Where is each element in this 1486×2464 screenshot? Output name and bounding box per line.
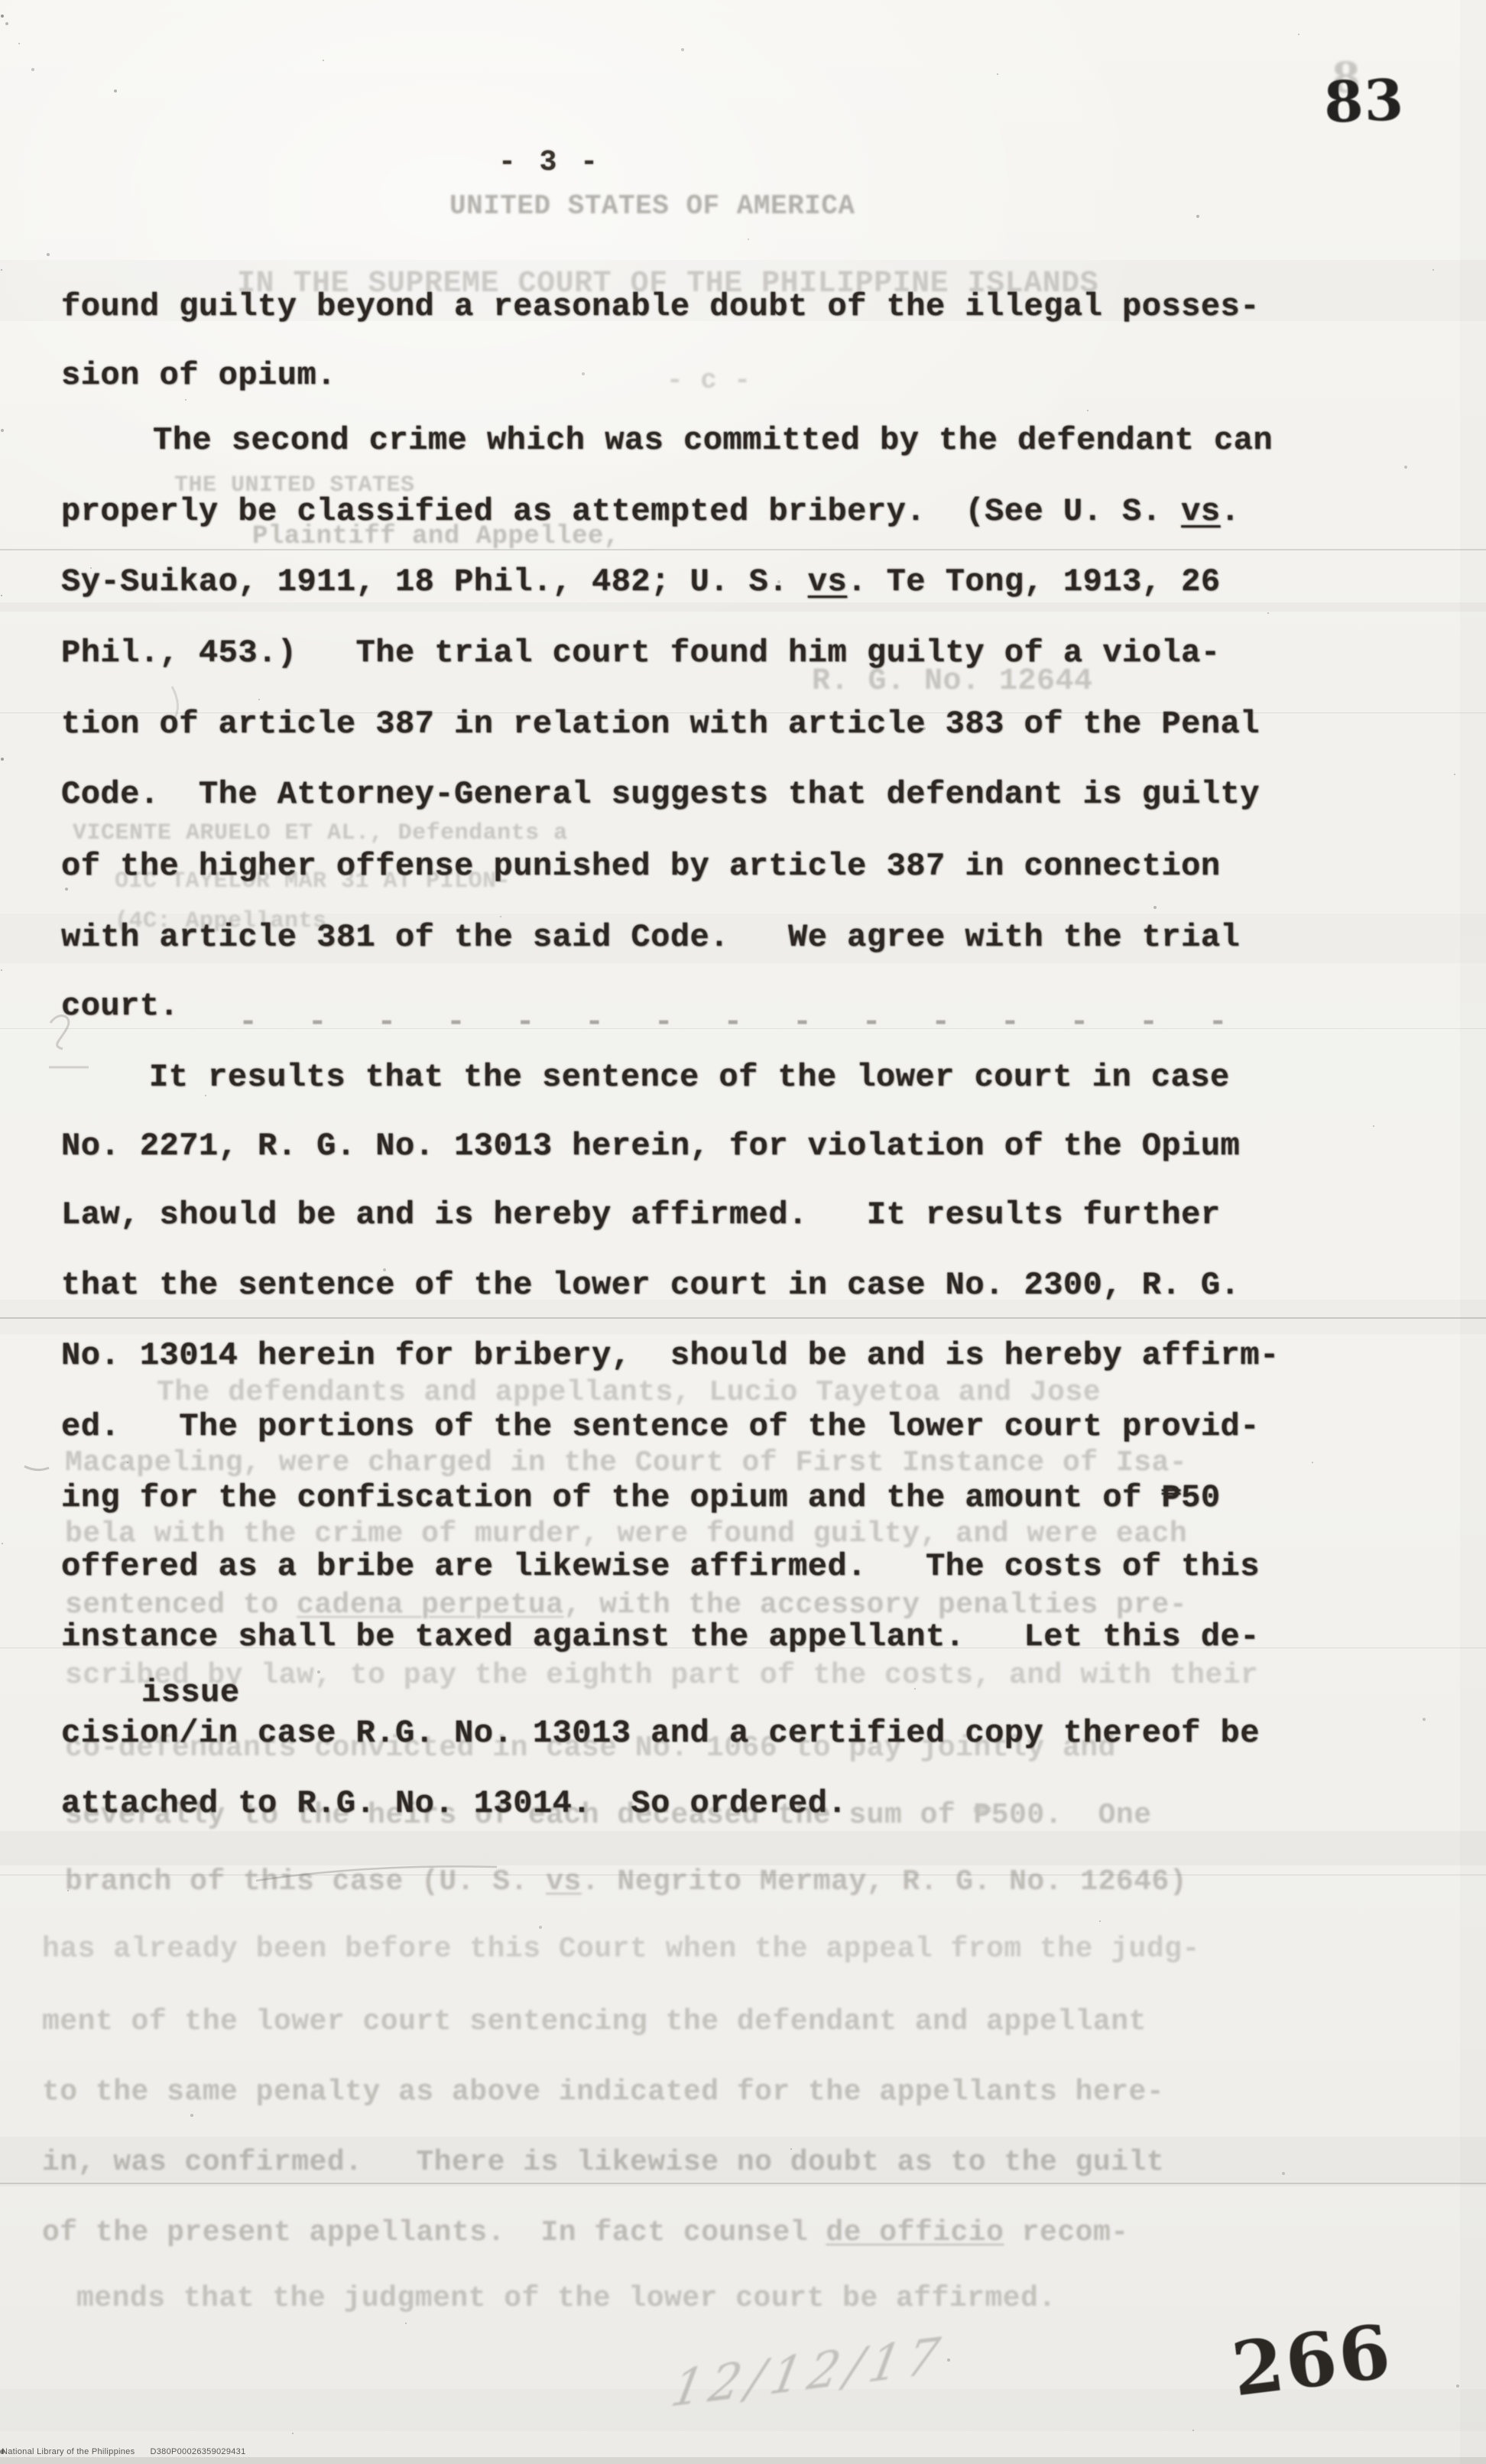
- typed-line: sion of opium.: [61, 359, 336, 391]
- folio-stamp-bottom: 266: [1228, 2315, 1397, 2407]
- typed-line: No. 13014 herein for bribery, should be …: [61, 1339, 1280, 1372]
- typed-line: that the sentence of the lower court in …: [61, 1269, 1240, 1301]
- scanned-document-page: UNITED STATES OF AMERICAIN THE SUPREME C…: [0, 0, 1486, 2464]
- typed-line: No. 2271, R. G. No. 13013 herein, for vi…: [61, 1130, 1240, 1162]
- typed-line: instance shall be taxed against the appe…: [61, 1621, 1260, 1653]
- typed-line: Sy-Suikao, 1911, 18 Phil., 482; U. S. vs…: [61, 566, 1221, 598]
- typed-line: with article 381 of the said Code. We ag…: [61, 921, 1240, 953]
- typed-line: The second crime which was committed by …: [153, 424, 1273, 456]
- scan-edge-ticks: [0, 0, 2, 2]
- typed-line: offered as a bribe are likewise affirmed…: [61, 1550, 1260, 1583]
- typed-line: issue: [141, 1677, 240, 1709]
- typed-text-layer: found guilty beyond a reasonable doubt o…: [0, 0, 1486, 2464]
- typed-line: court.: [61, 990, 179, 1022]
- typed-line: Law, should be and is hereby affirmed. I…: [61, 1199, 1221, 1231]
- typed-line: properly be classified as attempted brib…: [61, 495, 1240, 528]
- section-divider-dashes: - - - - - - - - - - - - - - -: [238, 1006, 1231, 1038]
- typed-line: It results that the sentence of the lowe…: [149, 1061, 1230, 1093]
- typed-line: attached to R.G. No. 13014. So ordered.: [61, 1787, 847, 1820]
- typed-line: Phil., 453.) The trial court found him g…: [61, 637, 1221, 669]
- typed-line: of the higher offense punished by articl…: [61, 850, 1221, 882]
- typed-line: ing for the confiscation of the opium an…: [61, 1482, 1221, 1514]
- typed-line: found guilty beyond a reasonable doubt o…: [61, 291, 1260, 323]
- typed-line: tion of article 387 in relation with art…: [61, 708, 1260, 740]
- digitization-watermark: National Library of the Philippines D380…: [2, 2448, 246, 2456]
- typed-line: ed. The portions of the sentence of the …: [61, 1411, 1260, 1443]
- typed-line: cision/in case R.G. No. 13013 and a cert…: [61, 1717, 1260, 1749]
- typed-line: Code. The Attorney-General suggests that…: [61, 778, 1260, 810]
- folio-stamp-top: 83: [1323, 72, 1406, 131]
